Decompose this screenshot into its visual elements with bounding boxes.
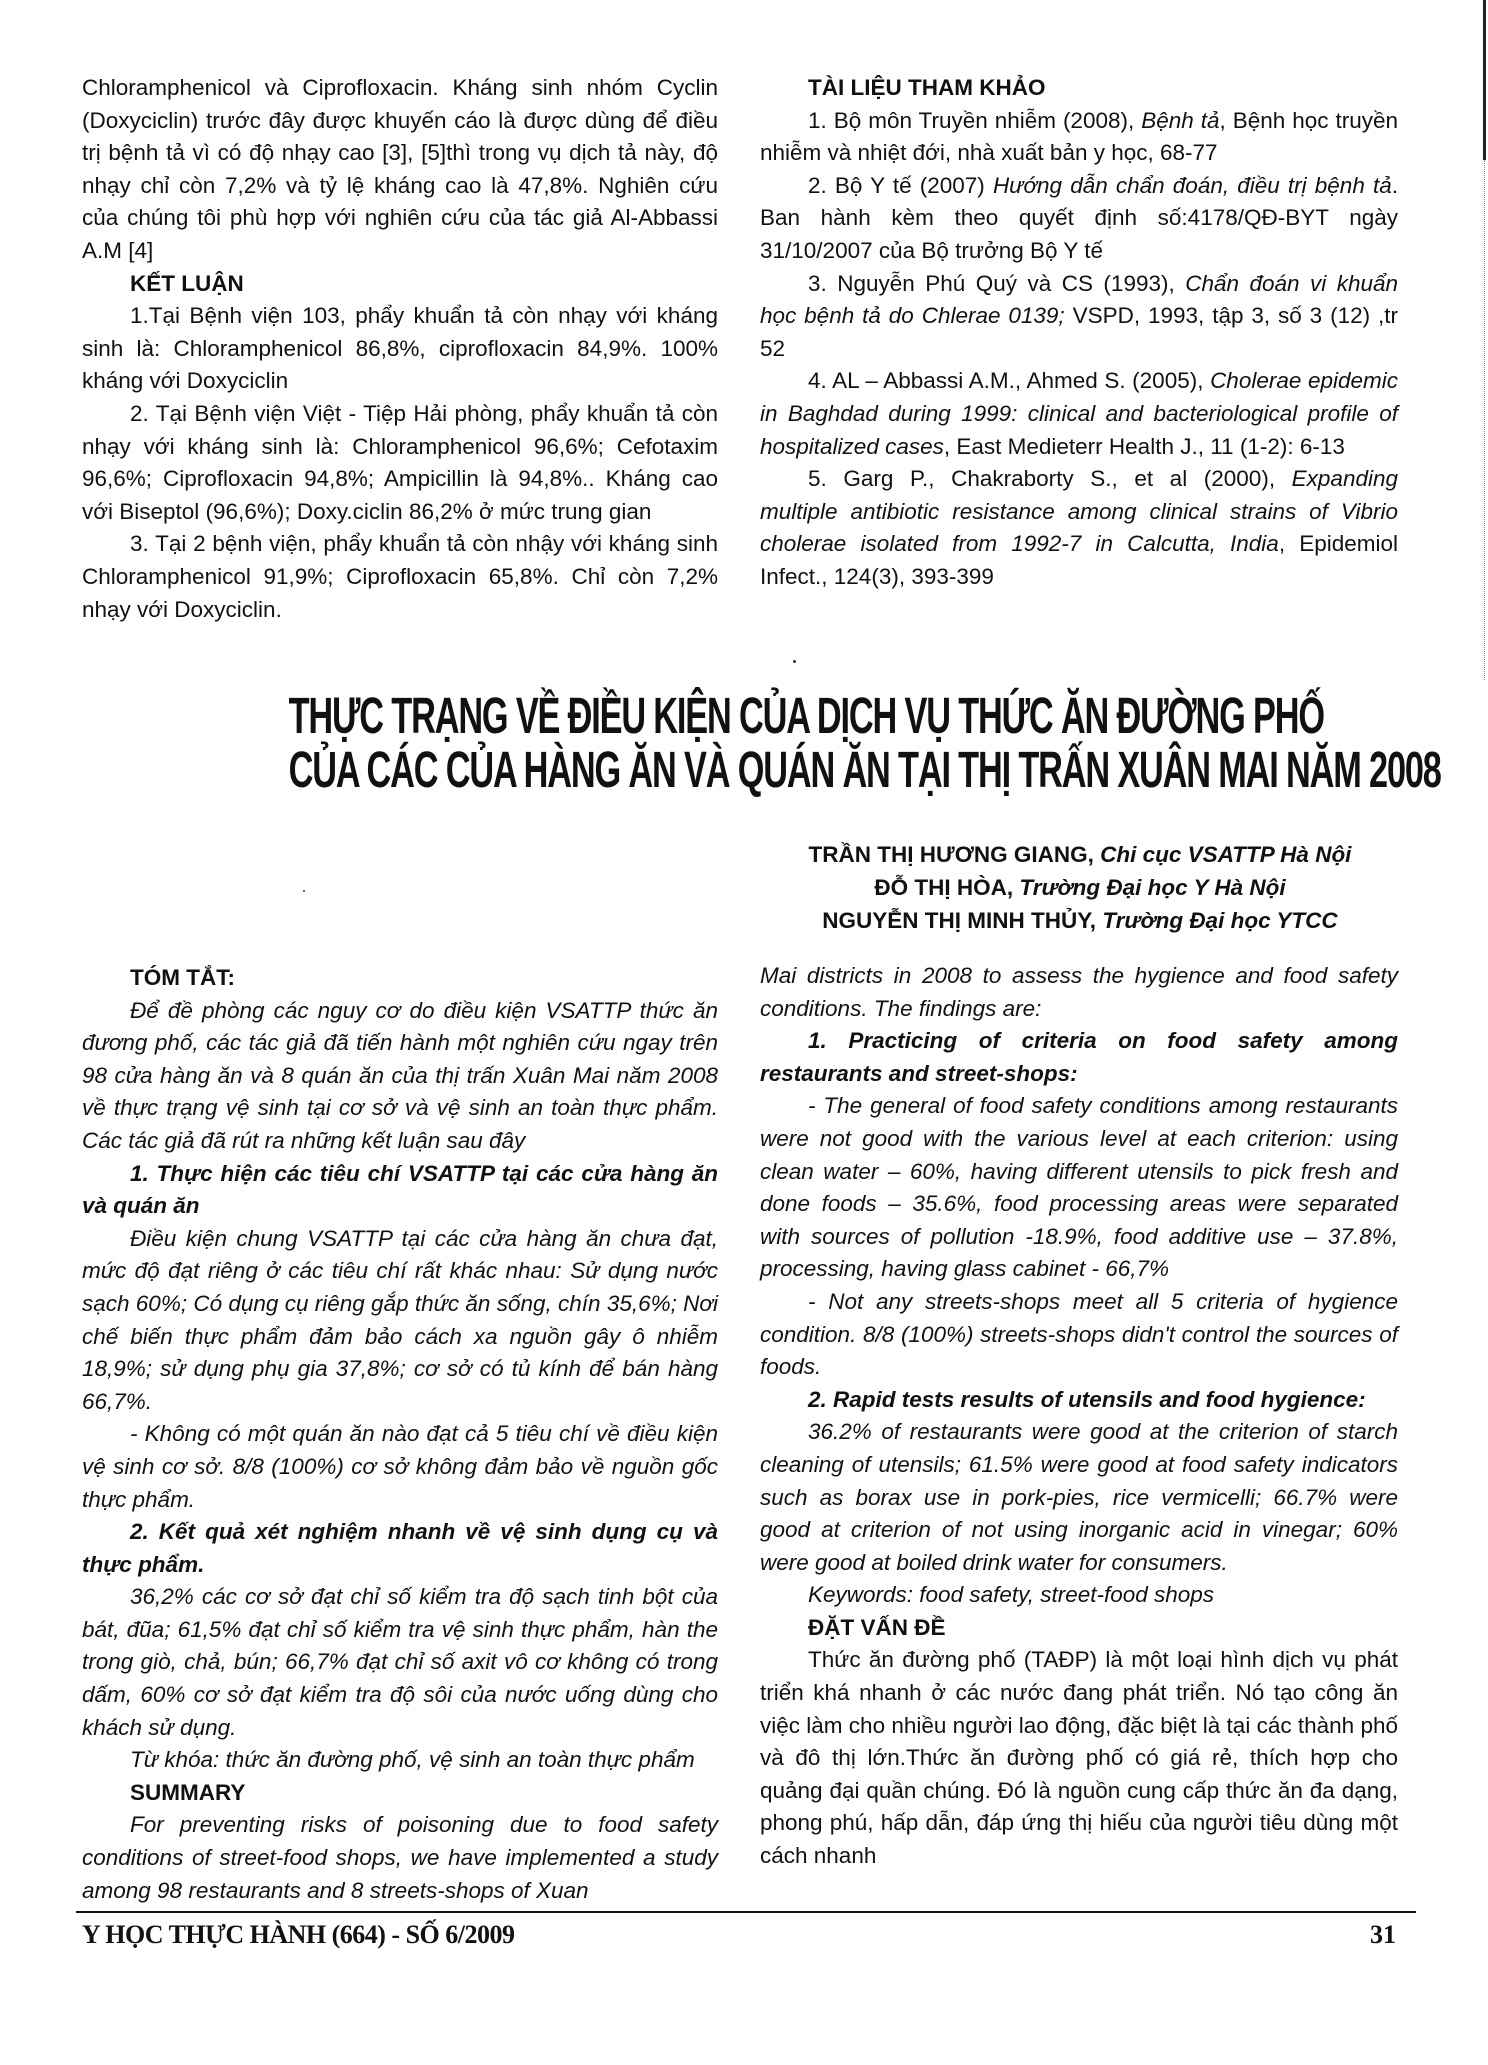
references-heading: TÀI LIỆU THAM KHẢO [760, 72, 1398, 105]
abstract-right-column: Mai districts in 2008 to assess the hygi… [760, 960, 1398, 1873]
scan-edge-line-faint [1484, 160, 1486, 680]
article-title-line-1: THỰC TRẠNG VỀ ĐIỀU KIỆN CỦA DỊCH VỤ THỨC… [289, 686, 1272, 748]
abstract-vi-intro: Để đề phòng các nguy cơ do điều kiện VSA… [82, 995, 718, 1158]
author-name: ĐỖ THỊ HÒA, [874, 875, 1019, 900]
author-name: NGUYỄN THỊ MINH THỦY, [822, 908, 1102, 933]
summary-section1-heading: 1. Practicing of criteria on food safety… [760, 1025, 1398, 1090]
author-line: TRẦN THỊ HƯƠNG GIANG, Chi cục VSATTP Hà … [760, 838, 1400, 871]
discussion-paragraph: Chloramphenicol và Ciprofloxacin. Kháng … [82, 72, 718, 268]
author-affiliation: Trường Đại học Y Hà Nội [1019, 875, 1285, 900]
reference-title: Hướng dẫn chẩn đoán, điều trị bệnh tả [993, 173, 1392, 198]
author-line: NGUYỄN THỊ MINH THỦY, Trường Đại học YTC… [760, 904, 1400, 937]
conclusion-item: 1.Tại Bệnh viện 103, phẩy khuẩn tả còn n… [82, 300, 718, 398]
summary-section1-paragraph: - The general of food safety conditions … [760, 1090, 1398, 1286]
summary-intro-continued: Mai districts in 2008 to assess the hygi… [760, 960, 1398, 1025]
reference-item: 5. Garg P., Chakraborty S., et al (2000)… [760, 463, 1398, 593]
summary-section1-paragraph: - Not any streets-shops meet all 5 crite… [760, 1286, 1398, 1384]
reference-item: 3. Nguyễn Phú Quý và CS (1993), Chẩn đoá… [760, 268, 1398, 366]
reference-authors: 5. Garg P., Chakraborty S., et al (2000)… [808, 466, 1292, 491]
introduction-heading: ĐẶT VẤN ĐỀ [760, 1612, 1398, 1645]
abstract-vi-section2-paragraph: 36,2% các cơ sở đạt chỉ số kiểm tra độ s… [82, 1581, 718, 1744]
article-title-line-2: CỦA CÁC CỦA HÀNG ĂN VÀ QUÁN ĂN TẠI THỊ T… [289, 740, 1272, 802]
article-title: THỰC TRẠNG VỀ ĐIỀU KIỆN CỦA DỊCH VỤ THỨC… [289, 690, 1272, 798]
author-affiliation: Chi cục VSATTP Hà Nội [1100, 842, 1351, 867]
reference-item: 1. Bộ môn Truyền nhiễm (2008), Bệnh tả, … [760, 105, 1398, 170]
reference-title: Bệnh tả [1141, 108, 1219, 133]
reference-item: 2. Bộ Y tế (2007) Hướng dẫn chẩn đoán, đ… [760, 170, 1398, 268]
summary-intro: For preventing risks of poisoning due to… [82, 1809, 718, 1907]
reference-authors: 2. Bộ Y tế (2007) [808, 173, 993, 198]
previous-article-discussion-column: Chloramphenicol và Ciprofloxacin. Kháng … [82, 72, 718, 626]
summary-section2-paragraph: 36.2% of restaurants were good at the cr… [760, 1416, 1398, 1579]
references-column: TÀI LIỆU THAM KHẢO 1. Bộ môn Truyền nhiễ… [760, 72, 1398, 594]
author-line: ĐỖ THỊ HÒA, Trường Đại học Y Hà Nội [760, 871, 1400, 904]
author-list: TRẦN THỊ HƯƠNG GIANG, Chi cục VSATTP Hà … [760, 838, 1400, 937]
footer-rule [76, 1911, 1416, 1913]
footer-page-number: 31 [1370, 1920, 1396, 1950]
summary-keywords: Keywords: food safety, street-food shops [760, 1579, 1398, 1612]
scan-edge-line [1483, 0, 1486, 160]
reference-authors: 4. AL – Abbassi A.M., Ahmed S. (2005), [808, 368, 1210, 393]
author-name: TRẦN THỊ HƯƠNG GIANG, [809, 842, 1101, 867]
scan-speck [793, 660, 796, 663]
abstract-vi-heading: TÓM TẮT: [82, 962, 718, 995]
conclusion-item: 3. Tại 2 bệnh viện, phẩy khuẩn tả còn nh… [82, 528, 718, 626]
abstract-vi-section1-paragraph: Điều kiện chung VSATTP tại các cửa hàng … [82, 1223, 718, 1419]
abstract-vi-keywords: Từ khóa: thức ăn đường phố, vệ sinh an t… [82, 1744, 718, 1777]
abstract-left-column: TÓM TẮT: Để đề phòng các nguy cơ do điều… [82, 962, 718, 1907]
reference-item: 4. AL – Abbassi A.M., Ahmed S. (2005), C… [760, 365, 1398, 463]
summary-heading: SUMMARY [82, 1777, 718, 1810]
abstract-vi-section1-heading: 1. Thực hiện các tiêu chí VSATTP tại các… [82, 1158, 718, 1223]
scan-speck [303, 890, 305, 892]
abstract-vi-section2-heading: 2. Kết quả xét nghiệm nhanh về vệ sinh d… [82, 1516, 718, 1581]
reference-source: , East Medieterr Health J., 11 (1-2): 6-… [944, 434, 1345, 459]
footer-journal-issue: Y HỌC THỰC HÀNH (664) - SỐ 6/2009 [82, 1920, 514, 1950]
summary-section2-heading: 2. Rapid tests results of utensils and f… [760, 1384, 1398, 1417]
author-affiliation: Trường Đại học YTCC [1102, 908, 1337, 933]
conclusion-heading: KẾT LUẬN [82, 268, 718, 301]
introduction-paragraph: Thức ăn đường phố (TAĐP) là một loại hìn… [760, 1644, 1398, 1872]
conclusion-item: 2. Tại Bệnh viện Việt - Tiệp Hải phòng, … [82, 398, 718, 528]
reference-authors: 1. Bộ môn Truyền nhiễm (2008), [808, 108, 1141, 133]
abstract-vi-section1-paragraph: - Không có một quán ăn nào đạt cả 5 tiêu… [82, 1418, 718, 1516]
reference-authors: 3. Nguyễn Phú Quý và CS (1993), [808, 271, 1185, 296]
